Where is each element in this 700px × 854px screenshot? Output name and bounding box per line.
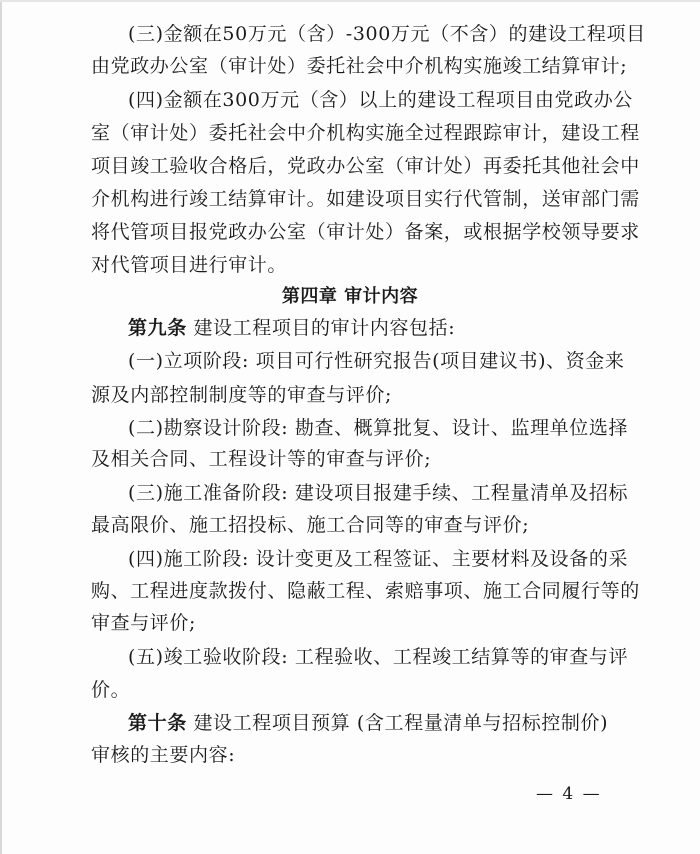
list-item-line: 及相关合同、工程设计等的审查与评价; [91, 447, 431, 471]
list-item-line: (二)勘察设计阶段: 勘查、概算批复、设计、监理单位选择 [128, 416, 628, 440]
paragraph-line: 由党政办公室（审计处）委托社会中介机构实施竣工结算审计; [91, 54, 627, 78]
list-item-line: 购、工程进度款拨付、隐蔽工程、索赔事项、施工合同履行等的 [91, 579, 640, 603]
paragraph-line: 对代管项目进行审计。 [91, 253, 287, 277]
list-item-line: 最高限价、施工招投标、施工合同等的审查与评价; [91, 513, 529, 537]
paragraph-line: 介机构进行竣工结算审计。如建设项目实行代管制，送审部门需 [91, 187, 640, 211]
list-item-line: (五)竣工验收阶段: 工程验收、工程竣工结算等的审查与评 [128, 645, 628, 669]
paragraph-line: 项目竣工验收合格后，党政办公室（审计处）再委托其他社会中 [91, 154, 640, 178]
page-top-edge [0, 0, 700, 2]
list-item-line: 审查与评价; [91, 611, 196, 635]
article-10-label: 第十条 [128, 712, 187, 734]
article-9-text: 建设工程项目的审计内容包括: [187, 317, 455, 339]
article-10: 第十条 建设工程项目预算 (含工程量清单与招标控制价) [128, 711, 608, 735]
paragraph-line: (四)金额在300万元（含）以上的建设工程项目由党政办公 [128, 88, 633, 112]
paragraph-line: 室（审计处）委托社会中介机构实施全过程跟踪审计，建设工程 [91, 121, 640, 145]
page-left-border [0, 0, 2, 854]
list-item-line: (三)施工准备阶段: 建设项目报建手续、工程量清单及招标 [128, 481, 628, 505]
article-9-label: 第九条 [128, 317, 187, 339]
article-10-continuation: 审核的主要内容: [91, 743, 235, 767]
list-item-line: (一)立项阶段: 项目可行性研究报告(项目建议书)、资金来 [128, 349, 625, 373]
article-9: 第九条 建设工程项目的审计内容包括: [128, 316, 455, 340]
chapter-heading: 第四章 审计内容 [0, 285, 700, 309]
list-item-line: (四)施工阶段: 设计变更及工程签证、主要材料及设备的采 [128, 547, 628, 571]
page-number: — 4 — [536, 784, 602, 804]
paragraph-line: 将代管项目报党政办公室（审计处）备案，或根据学校领导要求 [91, 220, 640, 244]
list-item-line: 源及内部控制制度等的审查与评价; [91, 383, 392, 407]
list-item-line: 价。 [91, 678, 130, 702]
paragraph-line: (三)金额在50万元（含）-300万元（不含）的建设工程项目 [128, 22, 646, 46]
article-10-text: 建设工程项目预算 (含工程量清单与招标控制价) [187, 712, 608, 734]
